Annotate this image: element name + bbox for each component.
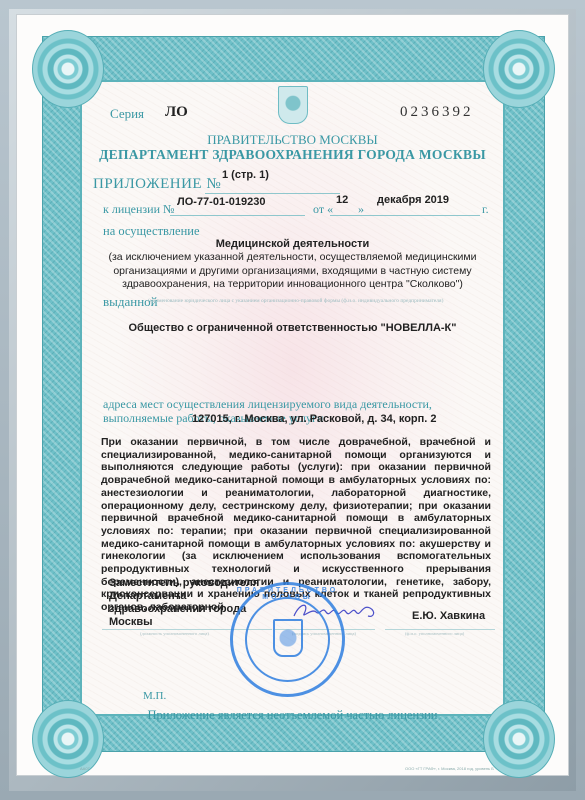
- issued-caption: (наименование юридического лица с указан…: [148, 298, 443, 304]
- rosette-ornament-icon: [483, 30, 555, 108]
- date-underline: [330, 215, 480, 216]
- print-code: АА07: [80, 766, 90, 771]
- purpose-label: на осуществление: [103, 224, 200, 239]
- stamp-text: ПРАВИТЕЛЬСТВО МОСКВЫ: [233, 587, 342, 601]
- position-caption: (должность уполномоченного лица): [140, 631, 209, 636]
- license-number: ЛО-77-01-019230: [177, 196, 265, 208]
- appendix-label: ПРИЛОЖЕНИЕ №: [93, 176, 221, 193]
- activity-note: (за исключением указанной деятельности, …: [90, 251, 495, 292]
- license-underline: [170, 215, 305, 216]
- fio-line: [385, 629, 495, 630]
- series-label: Серия: [110, 106, 144, 122]
- date-day: 12: [336, 194, 348, 206]
- rosette-ornament-icon: [32, 30, 104, 108]
- organization-name: Общество с ограниченной ответственностью…: [80, 322, 505, 334]
- series-value: ЛО: [165, 104, 188, 121]
- official-stamp: ПРАВИТЕЛЬСТВО МОСКВЫ: [230, 582, 345, 697]
- date-month-year: декабря 2019: [377, 194, 449, 206]
- moscow-coat-of-arms-icon: [273, 619, 303, 657]
- coat-of-arms-icon: [278, 86, 308, 124]
- fio-caption: (ф.и.о. уполномоченного лица): [405, 631, 464, 636]
- license-label: к лицензии №: [103, 202, 174, 217]
- footer-note: Приложение является неотъемлемой частью …: [0, 708, 585, 723]
- appendix-value: 1 (стр. 1): [222, 169, 269, 181]
- appendix-underline: [205, 193, 340, 194]
- government-heading: ПРАВИТЕЛЬСТВО МОСКВЫ: [0, 132, 585, 148]
- department-heading: ДЕПАРТАМЕНТ ЗДРАВООХРАНЕНИЯ ГОРОДА МОСКВ…: [0, 147, 585, 163]
- date-suffix: г.: [482, 202, 489, 217]
- address-value: 127015, г. Москва, ул. Расковой, д. 34, …: [192, 413, 437, 425]
- activity-title: Медицинской деятельности: [80, 238, 505, 250]
- signer-name: Е.Ю. Хавкина: [412, 610, 485, 622]
- printer-imprint: ООО «ГТ ГРАФ», г. Москва, 2018 год, уров…: [405, 766, 494, 771]
- form-number: 0236392: [400, 104, 474, 121]
- stamp-place-label: М.П.: [143, 690, 166, 702]
